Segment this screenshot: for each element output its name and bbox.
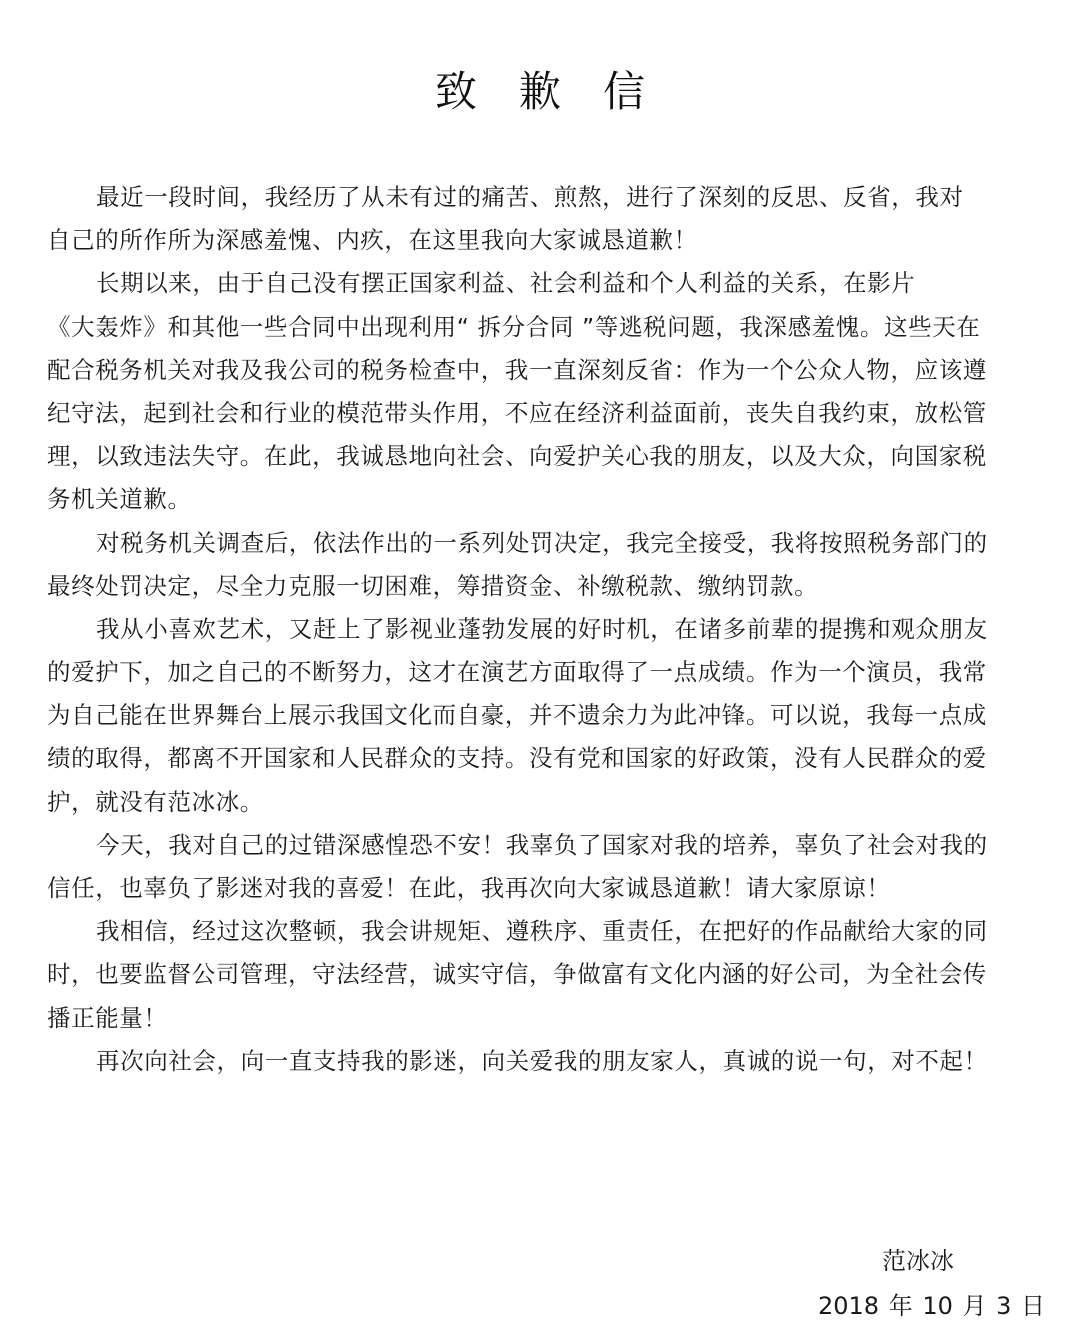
paragraph-6-line-1: 我相信，经过这次整顿，我会讲规矩、遵秩序、重责任，在把好的作品献给大家的同	[47, 910, 1037, 953]
paragraph-2-line-5: 理，以致违法失守。在此，我诚恳地向社会、向爱护关心我的朋友，以及大众，向国家税	[47, 435, 1037, 478]
paragraph-2-line-2: 《大轰炸》和其他一些合同中出现利用“ 拆分合同 ”等逃税问题，我深感羞愧。这些天…	[47, 306, 1037, 349]
paragraph-2-line-4: 纪守法，起到社会和行业的模范带头作用，不应在经济利益面前，丧失自我约束，放松管	[47, 392, 1037, 435]
signature: 范冰冰	[882, 1243, 954, 1279]
paragraph-6-line-3: 播正能量！	[47, 997, 1037, 1040]
paragraph-4-line-4: 绩的取得，都离不开国家和人民群众的支持。没有党和国家的好政策，没有人民群众的爱	[47, 737, 1037, 780]
paragraph-3-line-2: 最终处罚决定，尽全力克服一切困难，筹措资金、补缴税款、缴纳罚款。	[47, 565, 1037, 608]
paragraph-5-line-1: 今天，我对自己的过错深感惶恐不安！我辜负了国家对我的培养，辜负了社会对我的	[47, 824, 1037, 867]
paragraph-1-line-2: 自己的所作所为深感羞愧、内疚，在这里我向大家诚恳道歉！	[47, 219, 1037, 262]
paragraph-2-line-1: 长期以来，由于自己没有摆正国家利益、社会利益和个人利益的关系，在影片	[47, 262, 1037, 305]
paragraph-4-line-5: 护，就没有范冰冰。	[47, 781, 1037, 824]
paragraph-4-line-1: 我从小喜欢艺术，又赶上了影视业蓬勃发展的好时机，在诸多前辈的提携和观众朋友	[47, 608, 1037, 651]
paragraph-1-line-1: 最近一段时间，我经历了从未有过的痛苦、煎熬，进行了深刻的反思、反省，我对	[47, 176, 1037, 219]
paragraph-3-line-1: 对税务机关调查后，依法作出的一系列处罚决定，我完全接受，我将按照税务部门的	[47, 522, 1037, 565]
letter-title: 致歉信	[0, 62, 1080, 122]
paragraph-6-line-2: 时，也要监督公司管理，守法经营，诚实守信，争做富有文化内涵的好公司，为全社会传	[47, 953, 1037, 996]
paragraph-7-line-1: 再次向社会，向一直支持我的影迷，向关爱我的朋友家人，真诚的说一句，对不起！	[47, 1040, 1037, 1083]
paragraph-2-line-6: 务机关道歉。	[47, 478, 1037, 521]
paragraph-4-line-3: 为自己能在世界舞台上展示我国文化而自豪，并不遗余力为此冲锋。可以说，我每一点成	[47, 694, 1037, 737]
paragraph-5-line-2: 信任，也辜负了影迷对我的喜爱！在此，我再次向大家诚恳道歉！请大家原谅！	[47, 867, 1037, 910]
paragraph-2-line-3: 配合税务机关对我及我公司的税务检查中，我一直深刻反省：作为一个公众人物，应该遵	[47, 349, 1037, 392]
signature-date: 2018 年 10 月 3 日	[818, 1288, 1045, 1324]
letter-body: 最近一段时间，我经历了从未有过的痛苦、煎熬，进行了深刻的反思、反省，我对 自己的…	[47, 176, 1037, 1083]
paragraph-4-line-2: 的爱护下，加之自己的不断努力，这才在演艺方面取得了一点成绩。作为一个演员，我常	[47, 651, 1037, 694]
